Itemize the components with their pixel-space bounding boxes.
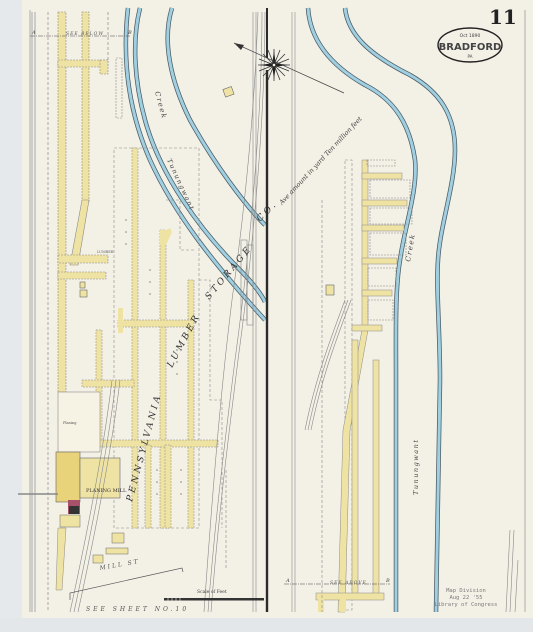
svg-text:A: A	[31, 30, 36, 36]
svg-text:B: B	[127, 30, 132, 36]
svg-text:PLANING MILL: PLANING MILL	[86, 488, 127, 494]
svg-text:SEE BELOW: SEE BELOW	[66, 31, 104, 37]
library-stamp: Map Division Aug 22 '55 Library of Congr…	[435, 588, 498, 608]
svg-text:A: A	[285, 578, 290, 584]
creek-east	[308, 8, 455, 612]
svg-text:Map Division: Map Division	[446, 588, 486, 594]
svg-text:Planing: Planing	[63, 421, 77, 425]
svg-text:SEE ABOVE: SEE ABOVE	[330, 580, 367, 586]
lumber-sheds-upper-left	[58, 12, 122, 392]
svg-text:PA: PA	[468, 54, 473, 59]
map-sheet: A B SEE BELOW A B SEE ABOVE MILL ST SEE …	[0, 0, 533, 632]
svg-text:LUMBER: LUMBER	[97, 250, 114, 254]
svg-text:Library of Congress: Library of Congress	[435, 602, 498, 608]
svg-text:Ave amount in yard Ten millio: Ave amount in yard Ten million feet	[277, 115, 364, 207]
svg-text:BRADFORD: BRADFORD	[439, 42, 502, 53]
svg-text:Aug 22 '55: Aug 22 '55	[449, 595, 482, 601]
map-canvas[interactable]: A B SEE BELOW A B SEE ABOVE MILL ST SEE …	[0, 0, 533, 632]
compass-rose	[234, 43, 344, 93]
svg-text:PENNSYLVANIA: PENNSYLVANIA	[125, 392, 164, 503]
svg-text:B: B	[385, 578, 390, 584]
svg-text:Oct 1890: Oct 1890	[460, 33, 481, 39]
map-border	[30, 10, 525, 612]
svg-text:SEE SHEET NO.10: SEE SHEET NO.10	[86, 606, 189, 613]
svg-text:Scale of Feet: Scale of Feet	[197, 589, 227, 595]
svg-text:MILL ST: MILL ST	[98, 558, 140, 572]
svg-text:Creek: Creek	[153, 90, 168, 120]
svg-text:Tunungwant: Tunungwant	[412, 439, 420, 495]
match-line-top: A B SEE BELOW	[30, 30, 132, 37]
creek-west	[126, 8, 265, 325]
city-cartouche: Oct 1890 BRADFORD PA	[438, 28, 502, 62]
small-building-north	[223, 87, 234, 98]
scale-bar: Scale of Feet	[164, 589, 264, 601]
sheet-number: 11	[489, 5, 517, 29]
railroad-main	[267, 8, 295, 612]
